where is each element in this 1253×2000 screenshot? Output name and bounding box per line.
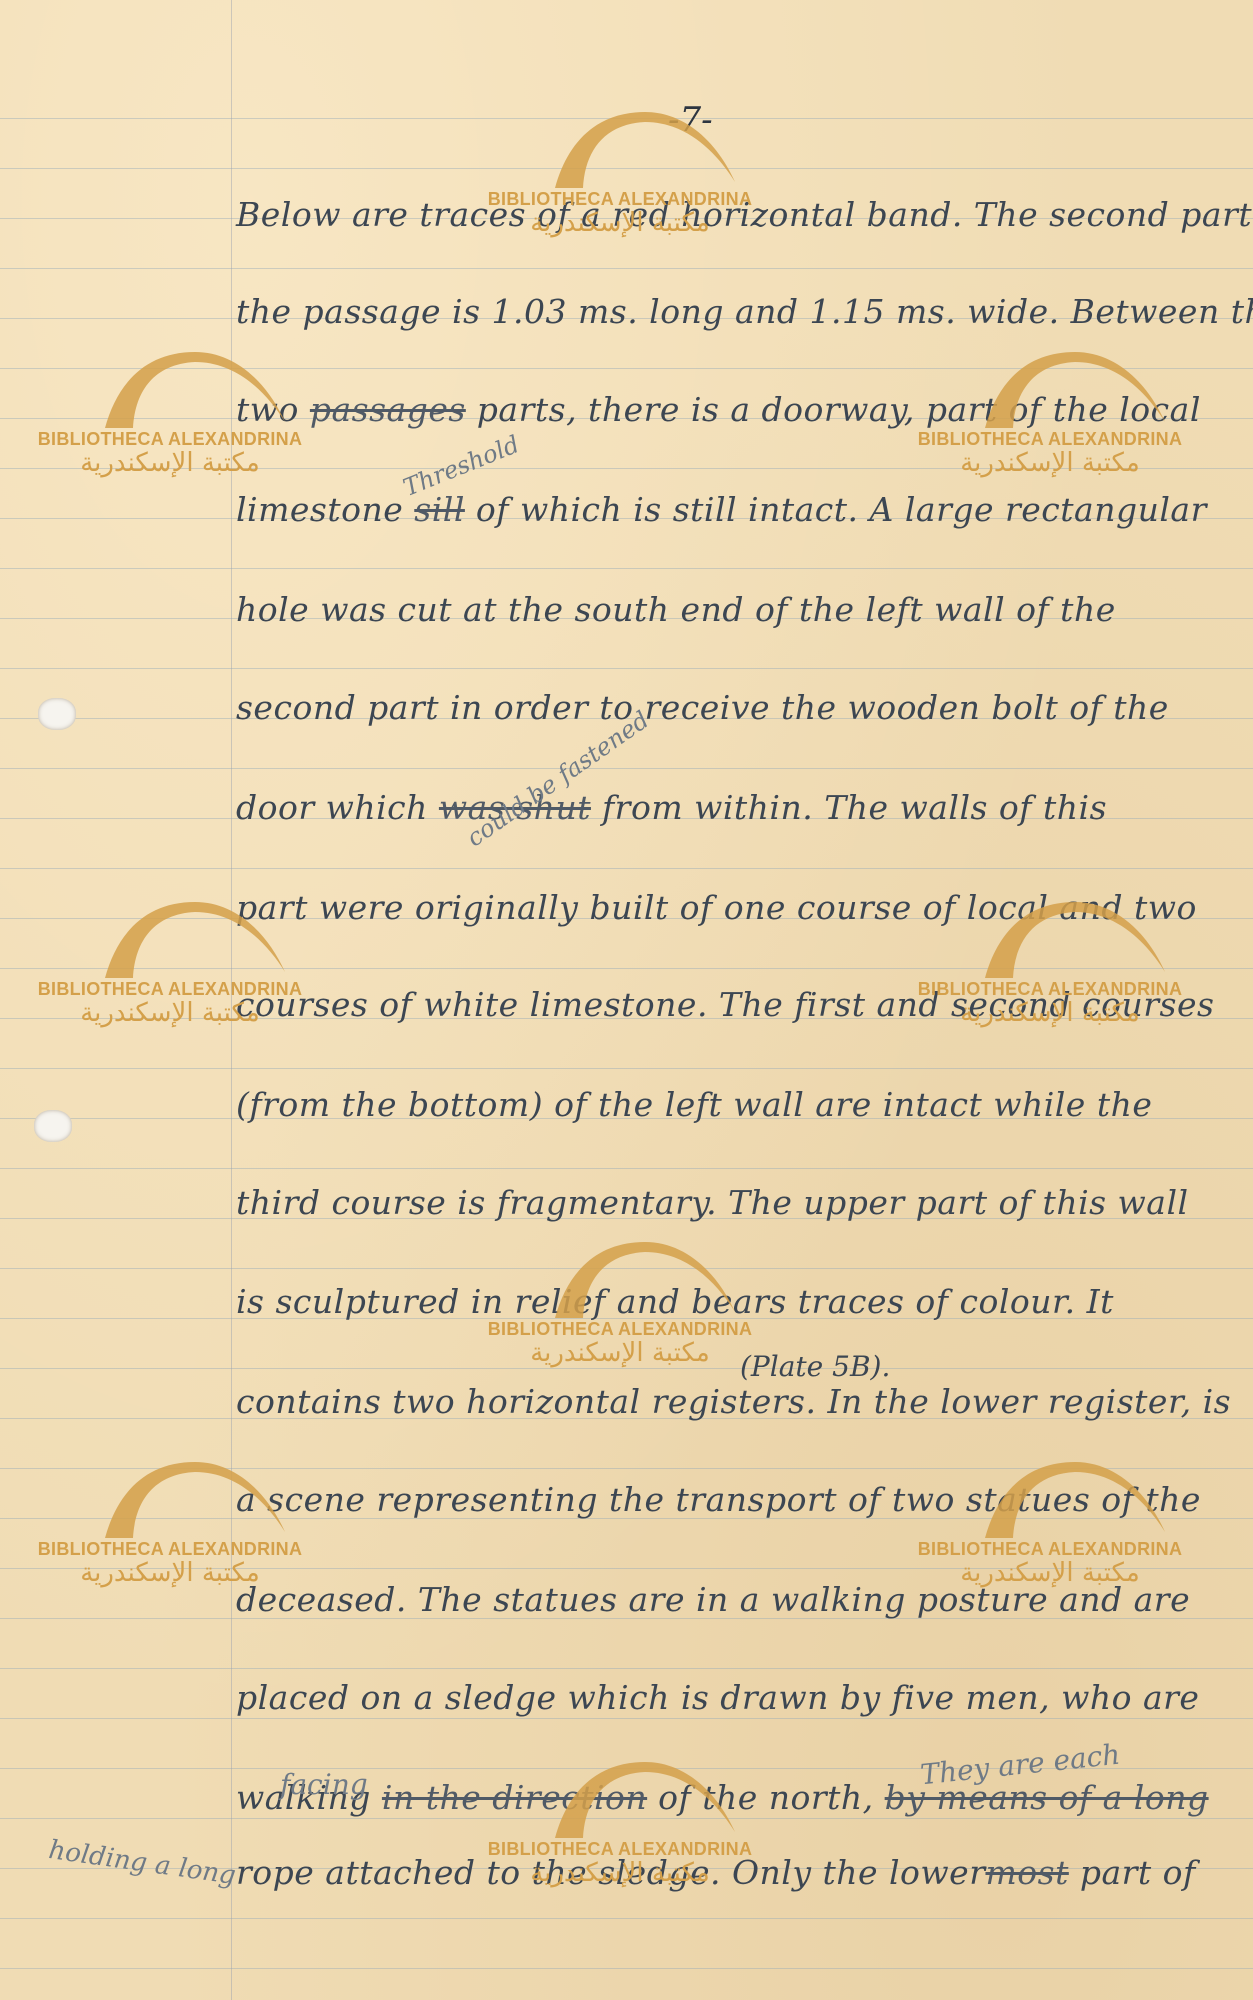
- text-line: third course is fragmentary. The upper p…: [236, 1183, 1189, 1222]
- ruled-line: [0, 168, 1253, 169]
- ruled-line: [0, 868, 1253, 869]
- text-line: placed on a sledge which is drawn by fiv…: [236, 1678, 1199, 1717]
- ruled-line: [0, 568, 1253, 569]
- watermark-arabic: مكتبة الإسكندرية: [900, 448, 1200, 479]
- ruled-line: [0, 1668, 1253, 1669]
- ruled-line: [0, 468, 1253, 469]
- text-segment: parts, there is a doorway, part of the l…: [466, 390, 1201, 429]
- text-segment: part were originally built of one course…: [236, 888, 1197, 927]
- text-line: deceased. The statues are in a walking p…: [236, 1580, 1190, 1619]
- text-segment: of the north,: [647, 1778, 885, 1817]
- text-segment: the passage is 1.03 ms. long and 1.15 ms…: [236, 292, 1253, 331]
- text-line: is sculptured in relief and bears traces…: [236, 1282, 1114, 1321]
- ruled-line: [0, 1368, 1253, 1369]
- annotation-holding-a-long: holding a long: [47, 1835, 238, 1891]
- text-segment: placed on a sledge which is drawn by fiv…: [236, 1678, 1199, 1717]
- text-segment: part of: [1069, 1853, 1196, 1892]
- manuscript-page: -7- Below are traces of a red horizontal…: [0, 0, 1253, 2000]
- ruled-line: [0, 968, 1253, 969]
- text-line: Below are traces of a red horizontal ban…: [236, 195, 1253, 234]
- text-segment: two: [236, 390, 310, 429]
- annotation-could-be-fastened: could be fastened: [461, 706, 654, 853]
- ruled-line: [0, 1818, 1253, 1819]
- ruled-line: [0, 1568, 1253, 1569]
- struck-text: in the direction: [382, 1778, 647, 1817]
- ruled-line: [0, 368, 1253, 369]
- ruled-line: [0, 1168, 1253, 1169]
- text-line: contains two horizontal registers. In th…: [236, 1382, 1231, 1421]
- annotation-facing: facing: [280, 1768, 368, 1801]
- page-number: -7-: [668, 100, 713, 140]
- text-segment: courses of white limestone. The first an…: [236, 985, 1214, 1024]
- struck-text: most: [985, 1853, 1068, 1892]
- text-line: the passage is 1.03 ms. long and 1.15 ms…: [236, 292, 1253, 331]
- watermark-english: BIBLIOTHECA ALEXANDRINA: [900, 430, 1200, 448]
- text-segment: of which is still intact. A large rectan…: [465, 490, 1207, 529]
- text-segment: Below are traces of a red horizontal ban…: [236, 195, 1253, 234]
- text-segment: second part in order to receive the wood…: [236, 688, 1169, 727]
- text-line: part were originally built of one course…: [236, 888, 1197, 927]
- ruled-line: [0, 1268, 1253, 1269]
- ruled-line: [0, 1918, 1253, 1919]
- margin-line: [231, 0, 232, 2000]
- punch-hole: [34, 1110, 72, 1142]
- text-line: second part in order to receive the wood…: [236, 688, 1169, 727]
- text-line: rope attached to the sledge. Only the lo…: [236, 1853, 1196, 1892]
- punch-hole: [38, 698, 76, 730]
- text-segment: a scene representing the transport of tw…: [236, 1480, 1201, 1519]
- ruled-line: [0, 1468, 1253, 1469]
- watermark-arabic: مكتبة الإسكندرية: [20, 448, 320, 479]
- ruled-line: [0, 1968, 1253, 1969]
- ruled-line: [0, 768, 1253, 769]
- watermark-english: BIBLIOTHECA ALEXANDRINA: [20, 1540, 320, 1558]
- ruled-line: [0, 1068, 1253, 1069]
- text-line: (from the bottom) of the left wall are i…: [236, 1085, 1152, 1124]
- ruled-line: [0, 268, 1253, 269]
- struck-text: passages: [310, 390, 466, 429]
- text-segment: third course is fragmentary. The upper p…: [236, 1183, 1189, 1222]
- text-line: a scene representing the transport of tw…: [236, 1480, 1201, 1519]
- text-line: courses of white limestone. The first an…: [236, 985, 1214, 1024]
- text-segment: deceased. The statues are in a walking p…: [236, 1580, 1190, 1619]
- text-segment: (from the bottom) of the left wall are i…: [236, 1085, 1152, 1124]
- text-line: limestone sill of which is still intact.…: [236, 490, 1207, 529]
- ruled-line: [0, 1718, 1253, 1719]
- text-line: hole was cut at the south end of the lef…: [236, 590, 1116, 629]
- watermark-english: BIBLIOTHECA ALEXANDRINA: [470, 1320, 770, 1338]
- watermark-english: BIBLIOTHECA ALEXANDRINA: [900, 1540, 1200, 1558]
- ruled-line: [0, 668, 1253, 669]
- watermark-arabic: مكتبة الإسكندرية: [470, 1338, 770, 1369]
- text-line: door which was shut from within. The wal…: [236, 788, 1107, 827]
- text-segment: hole was cut at the south end of the lef…: [236, 590, 1116, 629]
- text-line: walking in the direction of the north, b…: [236, 1778, 1209, 1817]
- annotation-plate-reference: (Plate 5B).: [740, 1350, 890, 1383]
- text-segment: rope attached to the sledge. Only the lo…: [236, 1853, 985, 1892]
- text-segment: limestone: [236, 490, 414, 529]
- text-segment: contains two horizontal registers. In th…: [236, 1382, 1231, 1421]
- text-segment: is sculptured in relief and bears traces…: [236, 1282, 1114, 1321]
- text-segment: from within. The walls of this: [591, 788, 1107, 827]
- text-line: two passages parts, there is a doorway, …: [236, 390, 1201, 429]
- ruled-line: [0, 118, 1253, 119]
- text-segment: door which: [236, 788, 439, 827]
- watermark-english: BIBLIOTHECA ALEXANDRINA: [20, 430, 320, 448]
